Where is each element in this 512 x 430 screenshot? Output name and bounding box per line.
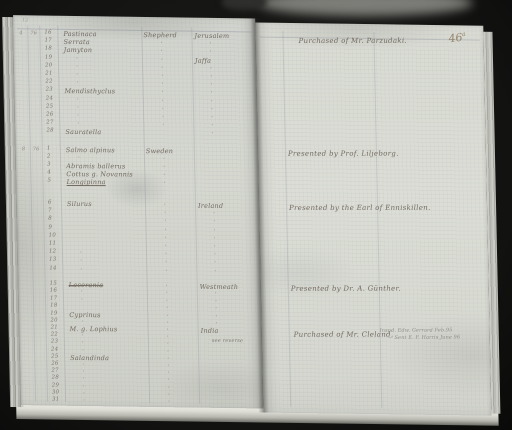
ledger-left-page: 12 47616PastinacaShepherdJerusalem17Serr… xyxy=(13,15,263,408)
species-name: Salandinda xyxy=(70,355,109,362)
ditto-mark: · xyxy=(162,122,164,128)
ditto-mark: · xyxy=(162,98,164,104)
ditto-mark: · xyxy=(211,123,213,129)
row-number: 25 xyxy=(46,104,54,110)
ditto-mark: · xyxy=(83,398,85,404)
row-number: 4 xyxy=(47,171,51,177)
ditto-mark: · xyxy=(210,82,212,88)
row-number: 6 xyxy=(48,201,52,207)
ditto-mark: · xyxy=(80,258,82,264)
ditto-mark: · xyxy=(168,399,170,405)
ditto-mark: · xyxy=(82,348,84,354)
row-number: 25 xyxy=(51,354,59,360)
ditto-mark: · xyxy=(214,252,216,258)
ditto-mark: · xyxy=(164,227,166,233)
row-number: 22 xyxy=(51,333,59,339)
ditto-mark: · xyxy=(77,97,79,103)
background-shadow xyxy=(222,0,266,10)
species-name: Salmo alpinus xyxy=(66,147,115,154)
ditto-mark: · xyxy=(83,391,85,397)
ditto-mark: · xyxy=(77,121,79,127)
row-number: 24 xyxy=(46,96,54,102)
row-number: 17 xyxy=(44,39,52,45)
ditto-mark: · xyxy=(214,244,216,250)
row-number: 21 xyxy=(45,72,53,78)
remarks-layer: Purchased of Mr. Parzudaki.Presented by … xyxy=(255,23,491,416)
margin-year-code: 76 xyxy=(33,147,40,152)
ditto-mark: · xyxy=(162,106,164,112)
ditto-mark: · xyxy=(213,227,215,233)
ditto-mark: · xyxy=(83,384,85,390)
row-number: 15 xyxy=(50,282,58,288)
row-number: 26 xyxy=(51,362,59,368)
row-number: 13 xyxy=(49,258,57,264)
ditto-mark: · xyxy=(167,342,169,348)
margin-date-code: 4 xyxy=(19,31,23,36)
species-name: Cottus g. Novannis xyxy=(66,171,133,178)
row-number: 20 xyxy=(45,63,53,69)
source-entry: Sweden xyxy=(146,148,173,155)
ditto-mark: · xyxy=(211,90,213,96)
ditto-mark: · xyxy=(165,268,167,274)
photo-backdrop: 12 47616PastinacaShepherdJerusalem17Serr… xyxy=(0,0,512,430)
species-name: Silurus xyxy=(67,201,92,208)
row-number: 12 xyxy=(49,250,57,256)
row-number: 28 xyxy=(52,376,60,382)
ditto-mark: · xyxy=(161,49,163,55)
ditto-mark: · xyxy=(165,260,167,266)
ditto-mark: · xyxy=(165,235,167,241)
ledger-right-page: 46a Purchased of Mr. Parzudaki.Presented… xyxy=(255,23,491,416)
row-number: 29 xyxy=(52,383,60,389)
row-number: 23 xyxy=(46,88,54,94)
locality-entry: Westmeath xyxy=(200,284,239,291)
ditto-mark: · xyxy=(81,289,83,295)
species-name: Lacerania xyxy=(69,282,104,289)
ditto-mark: · xyxy=(163,156,165,162)
locality-entry: Ireland xyxy=(198,203,223,210)
row-number: 14 xyxy=(49,266,57,272)
ditto-mark: · xyxy=(80,267,82,273)
ditto-mark: · xyxy=(76,80,78,86)
ditto-mark: · xyxy=(80,250,82,256)
ditto-mark: · xyxy=(214,236,216,242)
ditto-mark: · xyxy=(211,115,213,121)
row-number: 26 xyxy=(46,113,54,119)
species-name: Mendisthyclus xyxy=(65,88,116,95)
ditto-mark: · xyxy=(165,243,167,249)
acquisition-remark: Purchased of Mr. Parzudaki. xyxy=(298,38,407,45)
ditto-mark: · xyxy=(76,64,78,70)
row-number: 19 xyxy=(50,311,58,317)
ditto-mark: · xyxy=(168,392,170,398)
ditto-mark: · xyxy=(211,107,213,113)
ditto-mark: · xyxy=(163,164,165,170)
ditto-mark: · xyxy=(164,202,166,208)
row-number: 18 xyxy=(45,47,53,53)
ditto-mark: · xyxy=(161,57,163,63)
row-number: 1 xyxy=(47,147,51,153)
ditto-mark: · xyxy=(76,56,78,62)
acquisition-remark: Presented by Prof. Liljeborg. xyxy=(288,151,399,158)
acquisition-remark: Presented by Dr. A. Günther. xyxy=(291,286,401,293)
ditto-mark: · xyxy=(161,65,163,71)
ditto-mark: · xyxy=(214,260,216,266)
pencil-annotation-line1: Inspd. Edw. Gerrard Feb.95 xyxy=(380,328,453,334)
ledger-book: 12 47616PastinacaShepherdJerusalem17Serr… xyxy=(2,15,507,428)
species-name: Abramis ballerus xyxy=(66,163,126,170)
row-number: 27 xyxy=(51,369,59,375)
ditto-mark: · xyxy=(210,41,212,47)
species-name: Longipinna xyxy=(66,179,105,186)
ditto-mark: · xyxy=(166,313,168,319)
ditto-mark: · xyxy=(167,349,169,355)
species-name: Jamyton xyxy=(64,47,93,54)
ditto-mark: · xyxy=(166,291,168,297)
row-number: 31 xyxy=(52,398,60,404)
row-number: 11 xyxy=(49,242,57,248)
row-number: 17 xyxy=(50,296,58,302)
ditto-mark: · xyxy=(163,180,165,186)
acquisition-remark: Purchased of Mr. Cleland. xyxy=(294,332,394,339)
ditto-mark: · xyxy=(214,268,216,274)
ditto-mark: · xyxy=(162,90,164,96)
acquisition-remark: Presented by the Earl of Enniskillen. xyxy=(289,205,431,212)
ditto-mark: · xyxy=(167,356,169,362)
locality-subnote: see reverse xyxy=(212,339,243,344)
ditto-mark: · xyxy=(215,299,217,305)
ditto-mark: · xyxy=(163,172,165,178)
ditto-mark: · xyxy=(168,385,170,391)
row-number: 9 xyxy=(48,225,52,231)
row-number: 10 xyxy=(49,233,57,239)
ditto-mark: · xyxy=(81,319,83,325)
row-number: 16 xyxy=(44,31,52,37)
register-rows-layer: 47616PastinacaShepherdJerusalem17Serrata… xyxy=(13,15,263,408)
ditto-mark: · xyxy=(215,291,217,297)
row-number: 28 xyxy=(46,129,54,135)
species-name: Cyprinus xyxy=(69,312,101,319)
row-number: 20 xyxy=(50,319,58,325)
ditto-mark: · xyxy=(213,219,215,225)
ditto-mark: · xyxy=(161,73,163,79)
pencil-annotation-line2: — Sent E. F. Harris June 96 xyxy=(388,336,461,342)
ditto-mark: · xyxy=(164,219,166,225)
ditto-mark: · xyxy=(82,340,84,346)
row-number: 21 xyxy=(50,326,58,332)
ditto-mark: · xyxy=(78,155,80,161)
ditto-mark: · xyxy=(161,40,163,46)
margin-year-code: 76 xyxy=(30,31,37,36)
species-name: Pastinaca xyxy=(63,31,97,38)
ditto-mark: · xyxy=(168,378,170,384)
row-number: 2 xyxy=(47,155,51,161)
background-object xyxy=(258,0,473,16)
row-number: 3 xyxy=(47,163,51,169)
row-number: 8 xyxy=(48,217,52,223)
ditto-mark: · xyxy=(162,114,164,120)
ditto-mark: · xyxy=(213,211,215,217)
margin-date-code: 8 xyxy=(22,147,26,152)
ditto-mark: · xyxy=(165,251,167,257)
row-number: 30 xyxy=(52,390,60,396)
row-number: 16 xyxy=(50,289,58,295)
row-number: 5 xyxy=(47,179,51,185)
locality-entry: Jerusalem xyxy=(194,33,229,40)
species-name: Serrata xyxy=(63,39,89,46)
locality-entry: Jaffa xyxy=(195,57,211,64)
ditto-mark: · xyxy=(77,105,79,111)
row-number: 23 xyxy=(51,340,59,346)
row-number: 7 xyxy=(48,209,52,215)
ditto-mark: · xyxy=(76,72,78,78)
row-number: 18 xyxy=(50,304,58,310)
row-number: 27 xyxy=(46,121,54,127)
ditto-mark: · xyxy=(211,131,213,137)
ditto-mark: · xyxy=(211,98,213,104)
ditto-mark: · xyxy=(210,49,212,55)
ditto-mark: · xyxy=(215,306,217,312)
ditto-mark: · xyxy=(81,297,83,303)
ditto-mark: · xyxy=(164,210,166,216)
species-name: M. g. Lophius xyxy=(69,326,117,333)
source-entry: Shepherd xyxy=(143,32,177,39)
ditto-mark: · xyxy=(77,113,79,119)
row-number: 19 xyxy=(45,55,53,61)
locality-entry: India xyxy=(201,328,219,335)
ditto-mark: · xyxy=(166,298,168,304)
species-name: Sauratella xyxy=(65,129,101,136)
ditto-mark: · xyxy=(161,81,163,87)
ditto-mark: · xyxy=(210,74,212,80)
ditto-mark: · xyxy=(210,66,212,72)
ditto-mark: · xyxy=(166,305,168,311)
ditto-mark: · xyxy=(215,313,217,319)
ditto-mark: · xyxy=(83,376,85,382)
row-number: 24 xyxy=(51,347,59,353)
row-number: 22 xyxy=(45,80,53,86)
